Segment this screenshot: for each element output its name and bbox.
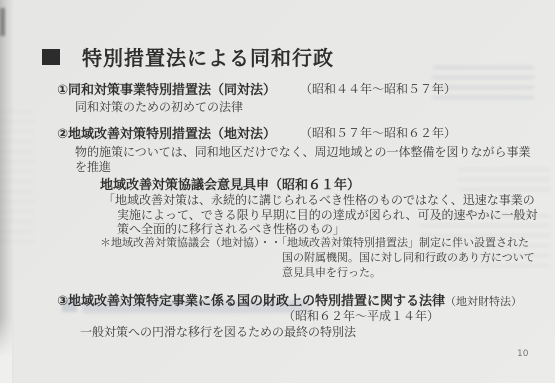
scan-corner-smudge [0, 8, 5, 36]
law1-heading: ①同和対策事業特別措置法（同対法） [57, 79, 276, 98]
council-note-line3: 意見具申を行った。 [282, 264, 381, 280]
law3-heading-suffix: （地対財特法） [445, 295, 522, 308]
slide-title-row: 特別措置法による同和行政 [42, 42, 334, 71]
showthrough-mark [0, 110, 34, 250]
page-title: 特別措置法による同和行政 [82, 42, 334, 71]
scan-edge-shadow [0, 0, 14, 383]
law3-description: 一般対策への円滑な移行を図るための最終の特別法 [80, 323, 356, 340]
law1-description: 同和対策のための初めての法律 [75, 98, 243, 115]
council-note-line2: 国の附属機関。国に対し同和行政のあり方について [282, 249, 535, 265]
law2-description-line1: 物的施策については、同和地区だけでなく、周辺地域との一体整備を図りながら事業 [75, 143, 531, 160]
page-number: 10 [517, 349, 528, 359]
law1-period: （昭和４４年～昭和５７年） [300, 80, 456, 97]
law3-period: （昭和６２年～平成１４年） [283, 307, 439, 324]
square-bullet-icon [42, 49, 60, 65]
law2-description-line2: を推進 [75, 158, 111, 175]
law2-period: （昭和５７年～昭和６２年） [300, 124, 456, 141]
scan-edge-highlight [0, 318, 12, 383]
scanned-slide-page: 特別措置法による同和行政 ①同和対策事業特別措置法（同対法） （昭和４４年～昭和… [0, 0, 555, 383]
law2-heading: ②地域改善対策特別措置法（地対法） [57, 123, 276, 142]
council-note-line1: ＊地域改善対策協議会（地対協）・・「地域改善対策特別措置法」制定に伴い設置された [100, 234, 529, 250]
